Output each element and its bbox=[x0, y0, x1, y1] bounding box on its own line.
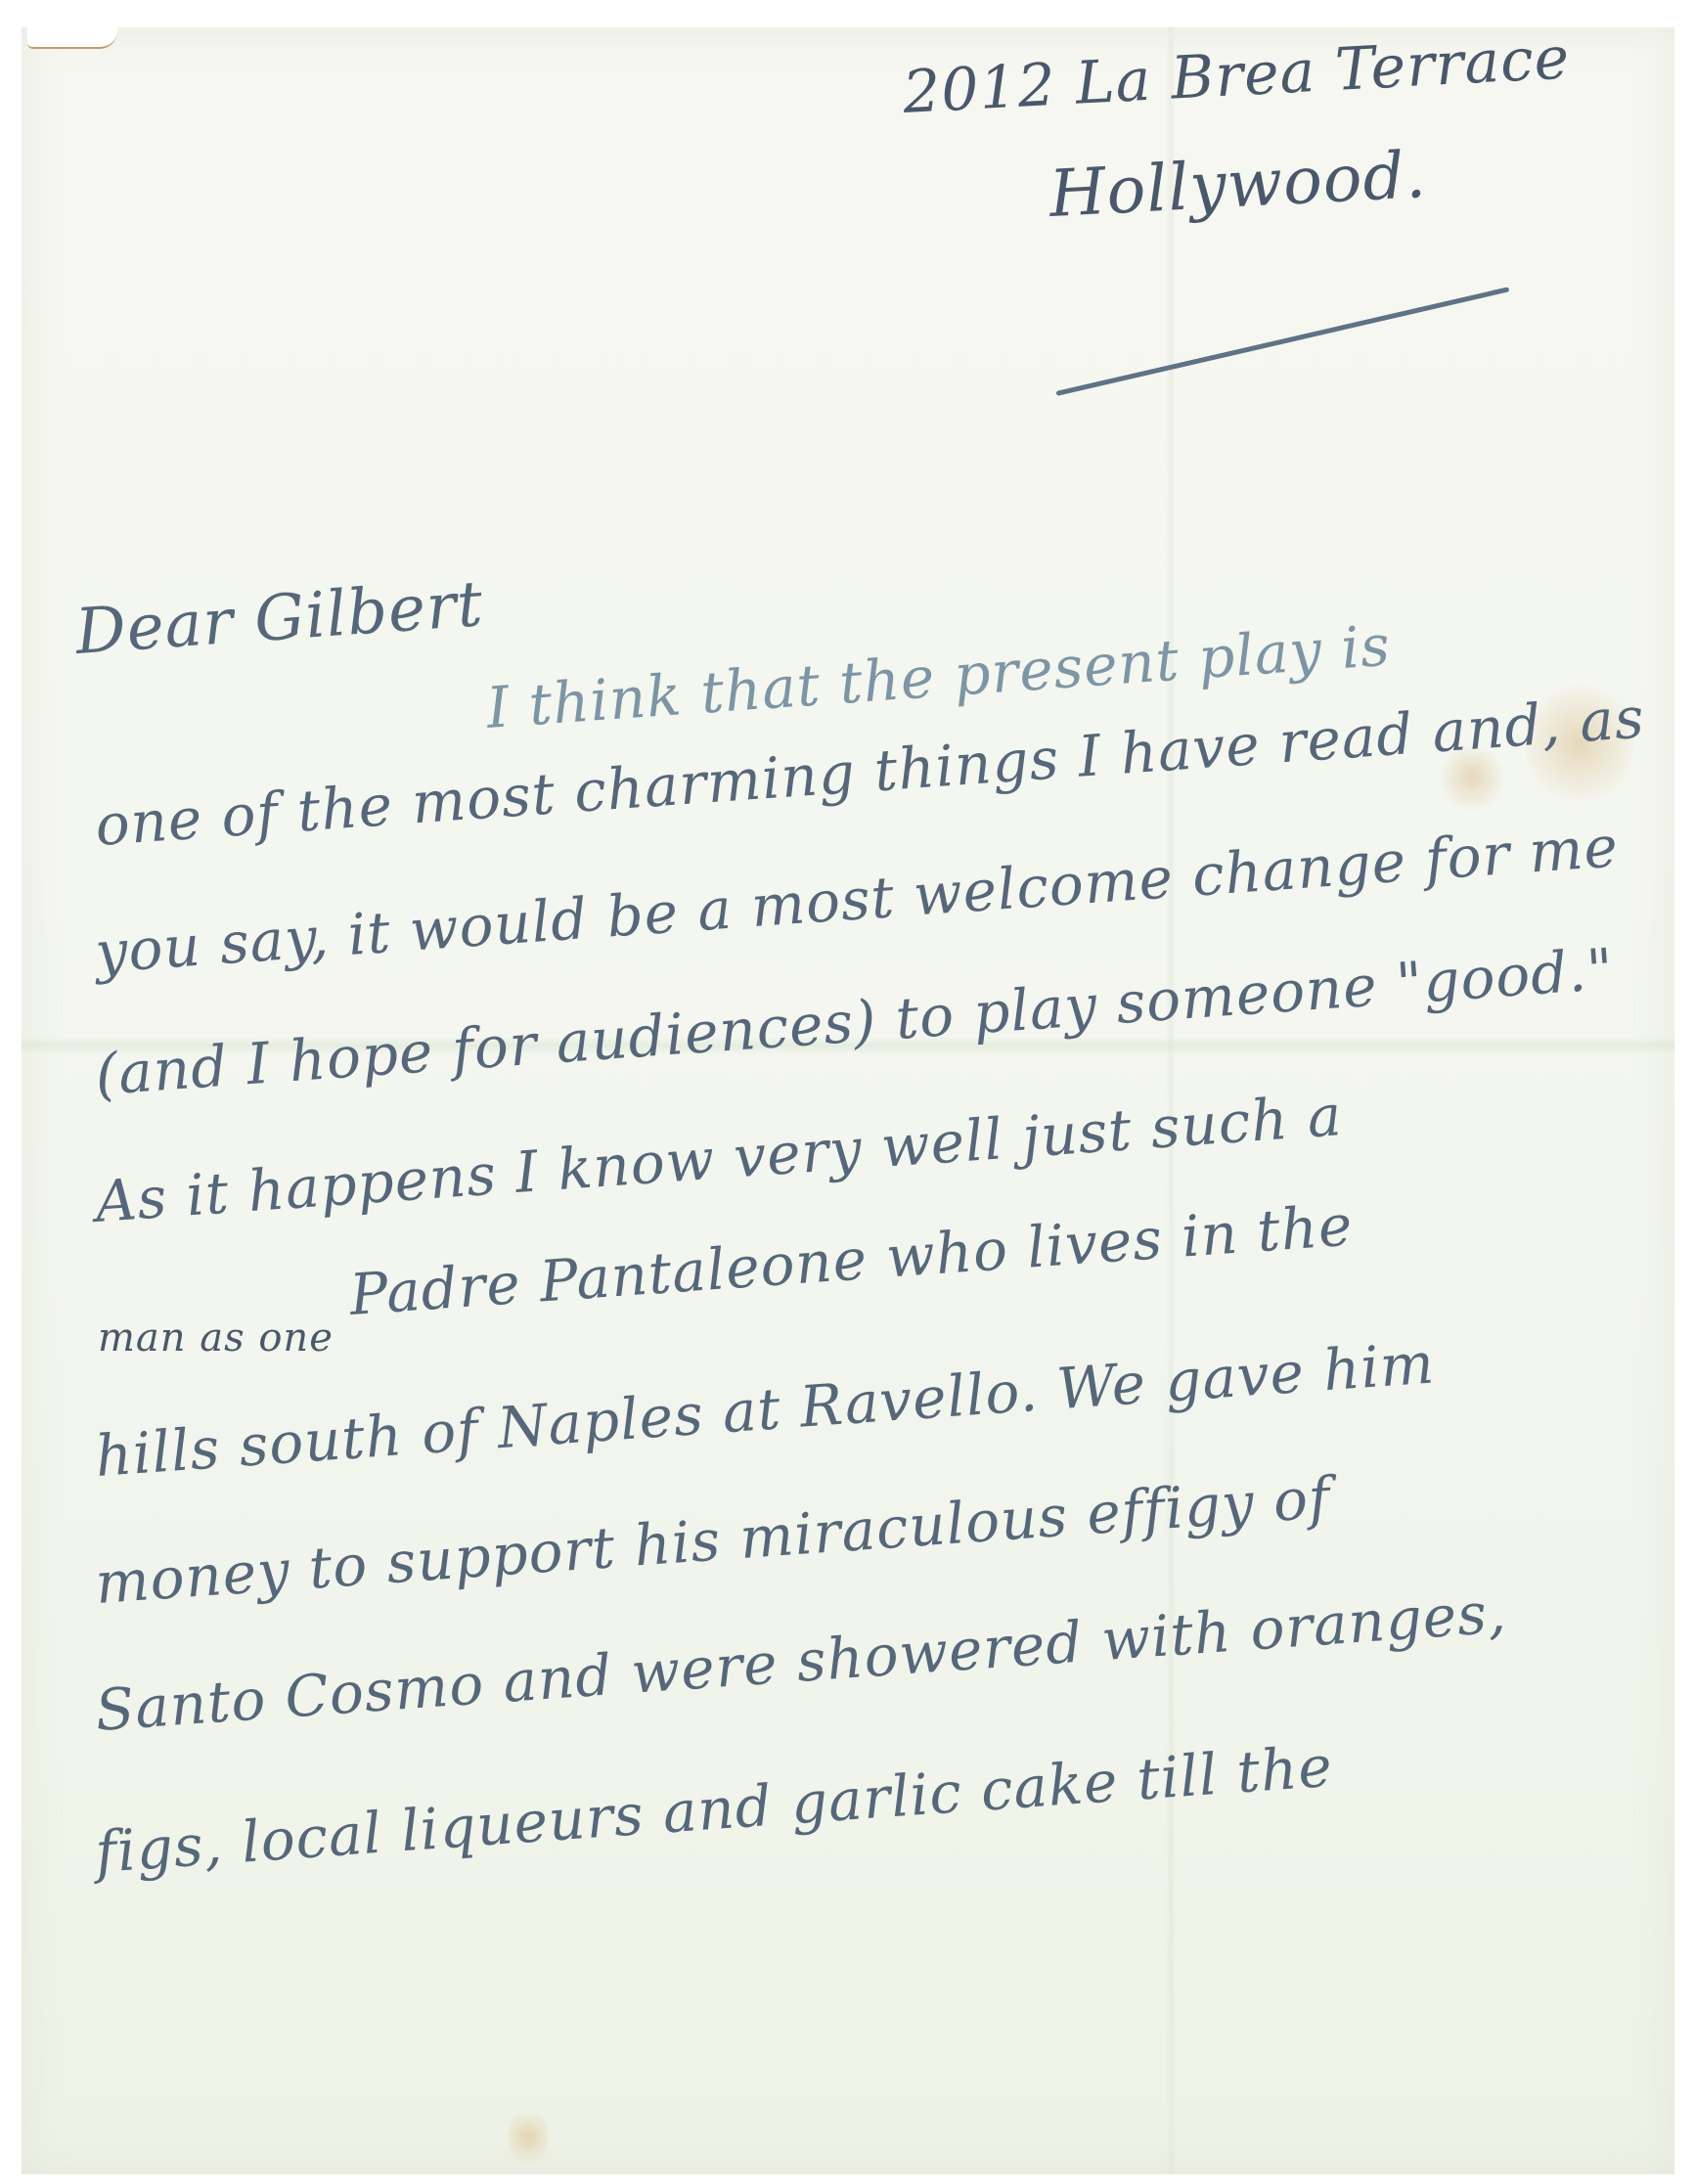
foxing-stain bbox=[509, 2103, 548, 2171]
letter-line-6-prefix: man as one bbox=[98, 1315, 334, 1360]
torn-corner bbox=[27, 0, 117, 49]
